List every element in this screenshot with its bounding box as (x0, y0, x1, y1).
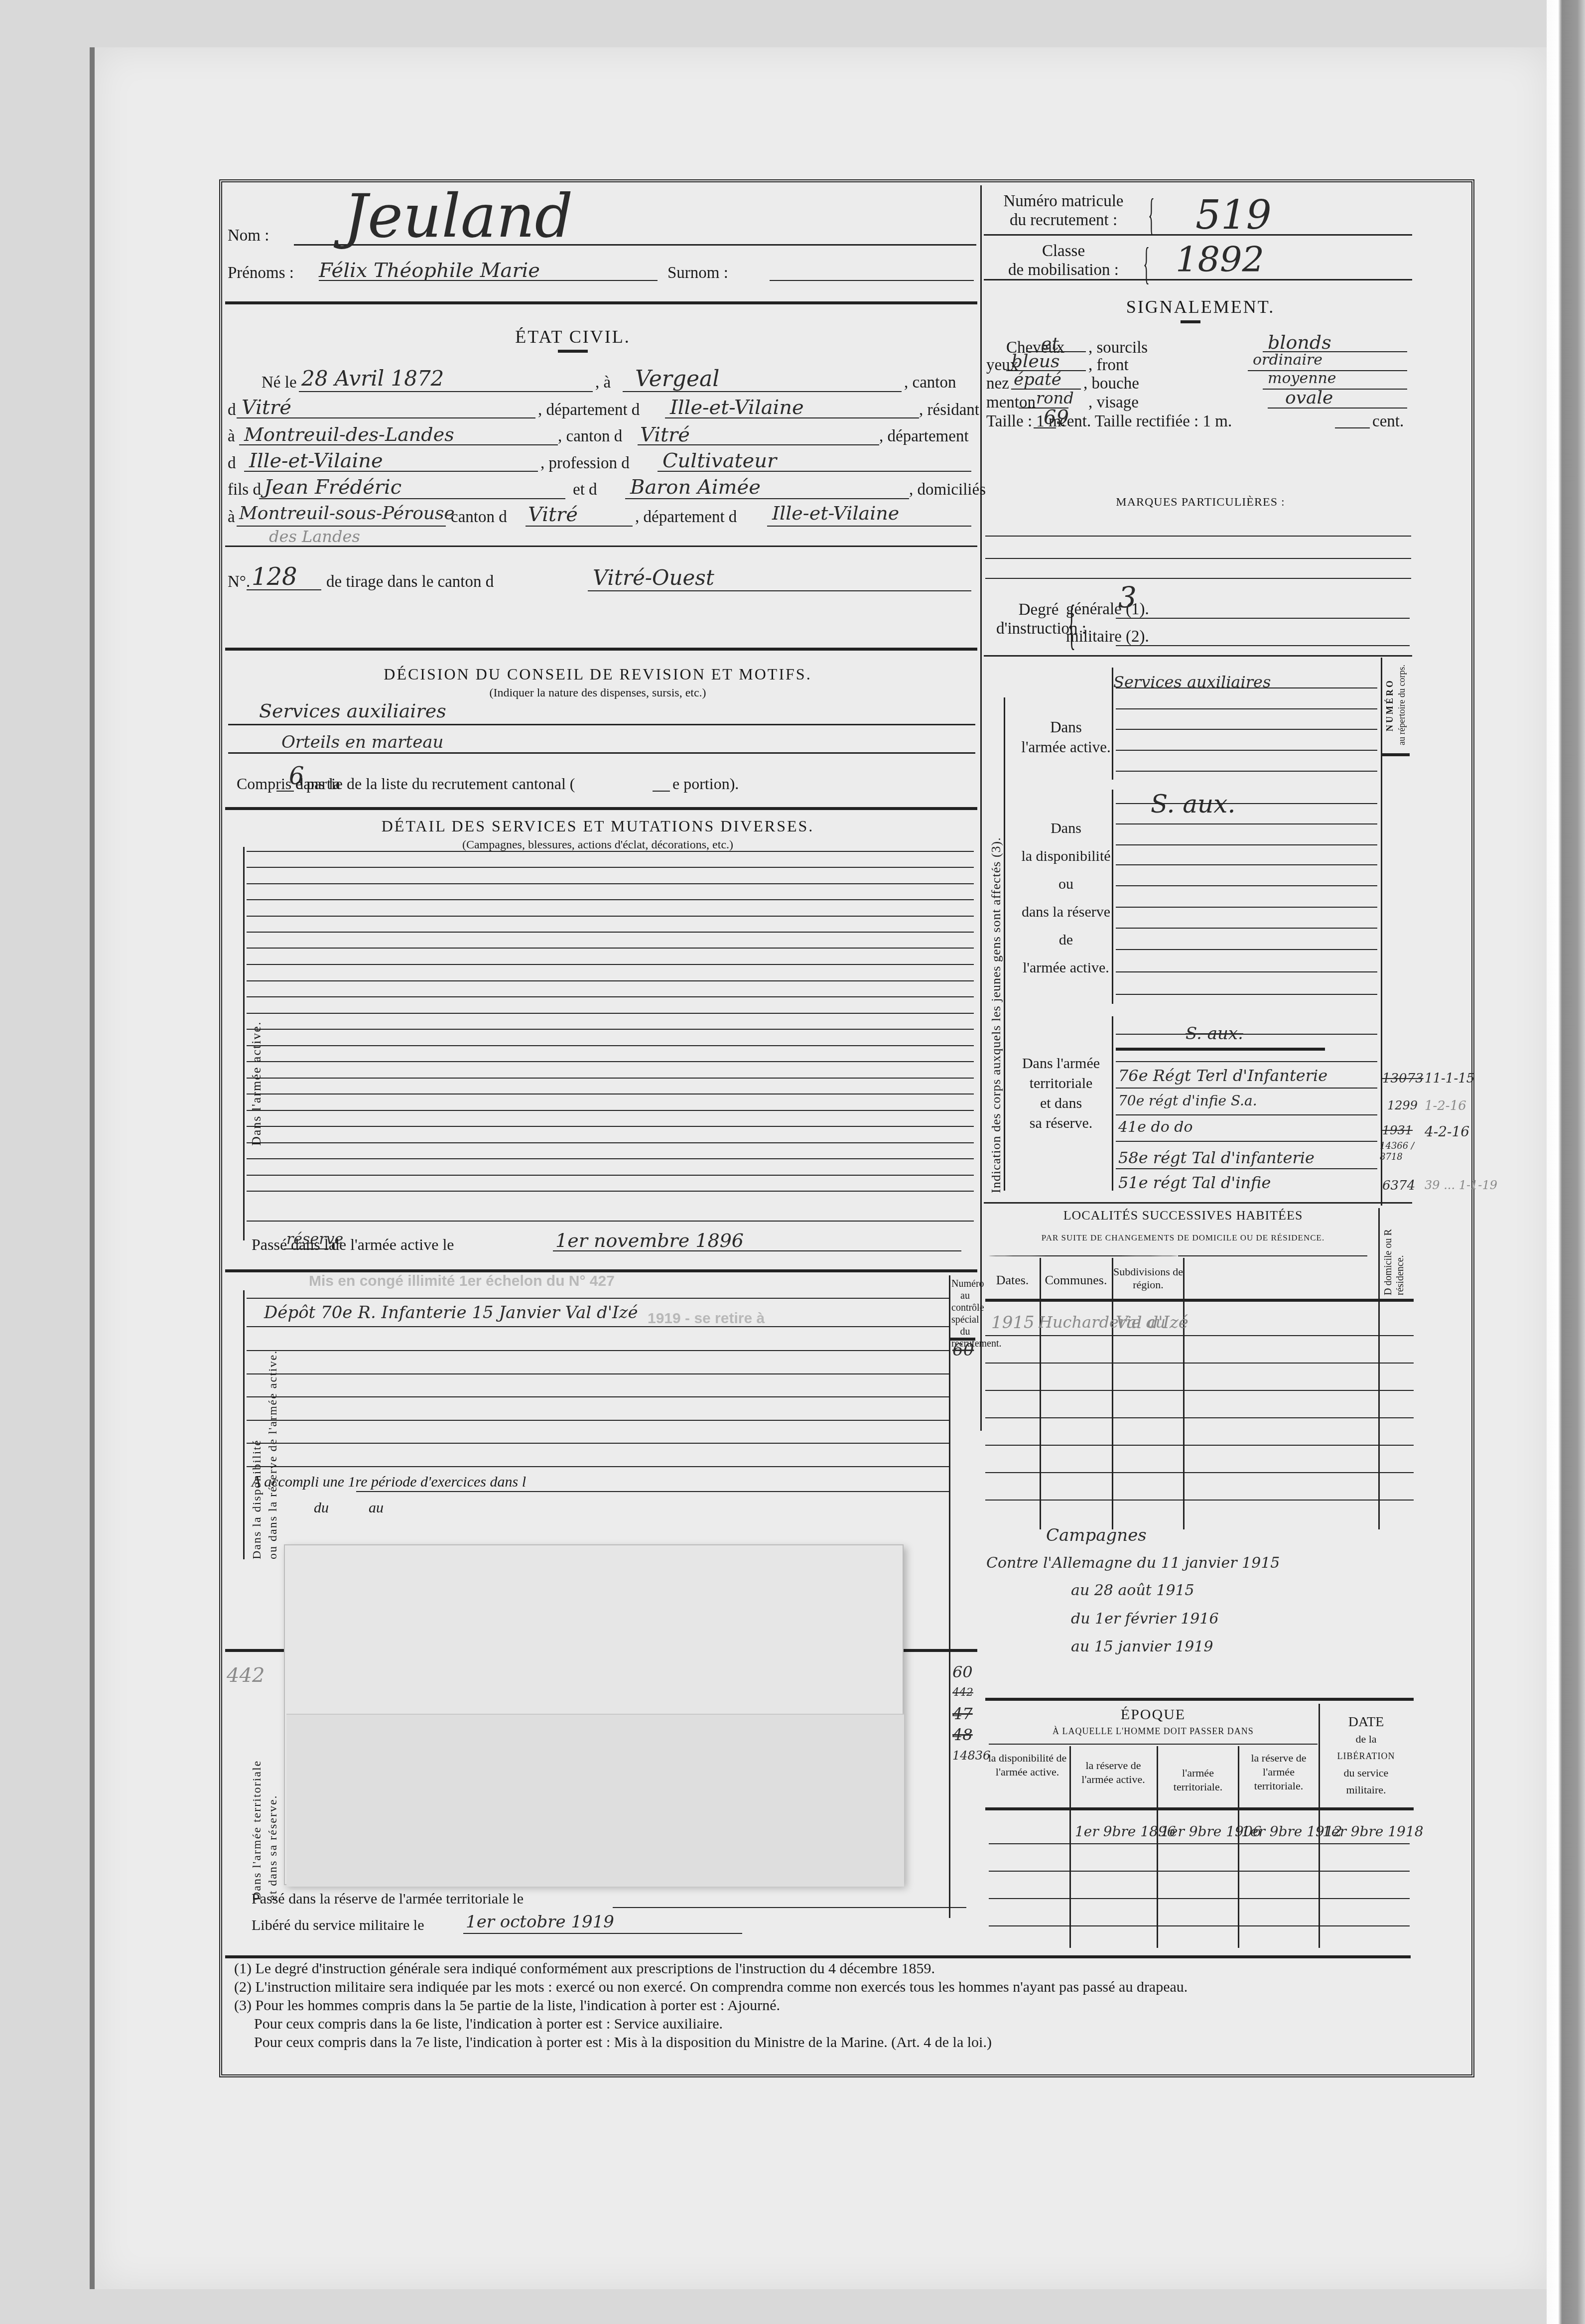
label-line: la disponibilité (1011, 842, 1121, 870)
footnote-3-7e-liste: Pour ceux compris dans la 7e liste, l'in… (254, 2034, 992, 2051)
row-line (985, 1390, 1414, 1391)
sourcils-label: , sourcils (1088, 339, 1148, 357)
footnote-3-6e-liste: Pour ceux compris dans la 6e liste, l'in… (254, 2016, 723, 2033)
underline (658, 471, 971, 472)
campagne-line: Contre l'Allemagne du 11 janvier 1915 (986, 1554, 1280, 1572)
corps-line (1116, 844, 1377, 845)
corps-entry-numero: 14366 / 8718 (1380, 1141, 1415, 1163)
mere-value: Baron Aimée (630, 476, 761, 499)
matricule-divider (984, 234, 1412, 236)
footnote-divider (225, 1955, 1411, 1958)
canton-naissance-value: Vitré (242, 396, 291, 419)
underline (463, 1933, 742, 1934)
numero-entry: 60 (952, 1661, 982, 1682)
row-line (985, 1445, 1414, 1446)
side-label-line2: et dans sa réserve. (265, 1760, 281, 1901)
corps-line (1116, 1088, 1377, 1089)
nom-label: Nom : (228, 227, 269, 245)
classe-label: Classe de mobilisation : (989, 242, 1138, 279)
detail-line (247, 932, 974, 933)
numero-entry: 47 (952, 1703, 982, 1724)
dispo-line (247, 1443, 949, 1444)
epoque-subtitle: À LAQUELLE L'HOMME DOIT PASSER DANS (989, 1726, 1318, 1737)
detail-services-title: DÉTAIL DES SERVICES ET MUTATIONS DIVERSE… (279, 817, 917, 835)
departement-parents-value: Ille-et-Vilaine (772, 502, 899, 524)
brace-icon: { (1148, 189, 1155, 241)
numeros-territoriale: 60 442 47 48 14836 (952, 1661, 982, 1766)
brace-ornament (989, 1744, 1318, 1745)
detail-line (247, 1061, 974, 1062)
title-rule (558, 350, 588, 353)
surnom-underline (770, 280, 974, 281)
row-line (985, 1500, 1414, 1501)
passe-reserve-date: 1er novembre 1896 (555, 1230, 744, 1251)
corps-entry-numero: 6374 (1382, 1178, 1415, 1193)
fils-de-label: fils d (228, 481, 261, 499)
corps-line (1116, 971, 1377, 972)
profession-label: , profession d (540, 454, 630, 473)
column-line (1378, 1208, 1380, 1529)
decision-line (228, 752, 975, 754)
etat-civil-divider (225, 546, 977, 547)
bracket-line (243, 847, 245, 1240)
section-divider (225, 648, 977, 651)
underline (1034, 427, 1056, 428)
canton-label: , canton d (558, 427, 622, 446)
du-label: du (314, 1500, 329, 1516)
yeux-value: bleus (1011, 351, 1060, 372)
section-divider (984, 1202, 1412, 1204)
column-divider (980, 185, 982, 1431)
corps-line (1116, 771, 1377, 772)
detail-line (247, 1078, 974, 1079)
underline (284, 1248, 329, 1249)
instruction-militaire-label: militaire (2). (1066, 628, 1149, 646)
detail-line (247, 1013, 974, 1014)
decision-title: DÉCISION DU CONSEIL DE REVISION ET MOTIF… (279, 665, 917, 684)
nez-value: épaté (1014, 370, 1061, 390)
campagne-line: du 1er février 1916 (1071, 1610, 1219, 1628)
side-label-line1: Dans l'armée territoriale (249, 1760, 265, 1901)
underline (623, 391, 902, 392)
etat-civil-title: ÉTAT CIVIL. (448, 326, 697, 347)
detail-line (247, 980, 974, 981)
canton-residence-value: Vitré (640, 423, 690, 446)
se-retire-stamp: 1919 - se retire à (648, 1310, 765, 1327)
detail-line (247, 964, 974, 965)
marques-line (985, 558, 1411, 559)
section-divider (984, 655, 1412, 657)
numero-entry: 14836 (952, 1745, 982, 1766)
side-label-line2: ou dans la réserve de l'armée active. (265, 1350, 281, 1559)
corps-line (1116, 729, 1377, 730)
corps-line (1116, 803, 1377, 804)
numero-entry: 48 (952, 1724, 982, 1745)
decision-line2-value: Orteils en marteau (281, 732, 443, 752)
brace-ornament (989, 1255, 1178, 1256)
classe-label-line1: Classe (989, 242, 1138, 261)
epoque-col-header: l'armée territoriale. (1158, 1766, 1238, 1794)
decision-line (228, 724, 975, 725)
a-label: à (228, 508, 235, 527)
underline (1116, 618, 1410, 619)
menton-label: menton (986, 394, 1036, 412)
detail-services-subtitle: (Campagnes, blessures, actions d'éclat, … (349, 838, 847, 852)
underline (665, 417, 919, 418)
corps-entry-date: 1-2-16 (1425, 1098, 1466, 1113)
label-line: l'armée active. (1011, 954, 1121, 982)
canton-label: , canton (904, 374, 956, 392)
bracket-line (1004, 697, 1005, 1191)
signalement-title: SIGNALEMENT. (1076, 296, 1325, 317)
underline (237, 526, 446, 527)
label-line: territoriale (1011, 1074, 1111, 1094)
header-rule (985, 1807, 1414, 1810)
row-line (989, 1843, 1410, 1844)
header-line: militaire. (1320, 1781, 1412, 1798)
underline (625, 498, 909, 499)
underline (767, 526, 971, 527)
et-de-label: et d (573, 481, 597, 499)
label-line: ou (1011, 870, 1121, 898)
dispo-line (247, 1396, 949, 1397)
detail-line (247, 867, 974, 868)
disponibilite-side-label: Dans la disponibilité ou dans la réserve… (249, 1350, 281, 1559)
departement-label: , département d (538, 401, 640, 419)
classe-divider (984, 279, 1412, 280)
underline (526, 526, 633, 527)
epoque-col-header: la disponibilité de l'armée active. (986, 1751, 1068, 1779)
detail-line (247, 996, 974, 997)
detail-line (247, 1191, 974, 1192)
detail-line (247, 948, 974, 949)
numero-controle-column (949, 1275, 950, 1918)
underline (356, 1491, 949, 1492)
corps-line (1116, 750, 1377, 751)
underline (239, 444, 558, 445)
corps-entry-date: 4-2-16 (1425, 1123, 1469, 1140)
detail-line (247, 1142, 974, 1143)
numero-repertoire-header: NUMÉRO au répertoire du corps. (1384, 658, 1408, 752)
nez-label: nez (986, 375, 1009, 393)
libere-date-value: 1er octobre 1919 (466, 1912, 614, 1932)
corps-side-label: Indication des corps auxquels les jeunes… (989, 837, 1004, 1193)
lieu-naissance-value: Vergeal (635, 366, 719, 392)
header-line: DATE (1320, 1714, 1412, 1731)
detail-line (247, 1126, 974, 1127)
depot-infanterie-note: Dépôt 70e R. Infanterie 15 Janvier Val d… (264, 1303, 638, 1323)
epoque-col-header: la réserve de l'armée territoriale. (1239, 1751, 1318, 1793)
dispo-line (247, 1298, 949, 1299)
label-line: l'armée active. (1011, 737, 1121, 757)
row-line (985, 1417, 1414, 1418)
corps-line (1116, 1141, 1377, 1142)
date-naissance-value: 28 Avril 1872 (301, 366, 444, 391)
instruction-generale-value: 3 (1118, 580, 1137, 614)
bouche-value: moyenne (1268, 370, 1336, 387)
row-line (985, 1335, 1414, 1336)
libere-label: Libéré du service militaire le (252, 1917, 424, 1934)
detail-line (247, 1158, 974, 1159)
armee-active-side-label: Dans l'armée active. (249, 1021, 264, 1146)
col-header-domicile-residence: D domicile ou R résidence. (1382, 1221, 1406, 1295)
domicile-parents-value: Montreuil-sous-Pérouse (239, 503, 455, 524)
dispo-line (247, 1350, 949, 1351)
section-divider (225, 807, 977, 810)
col-header-dates: Dates. (986, 1273, 1039, 1288)
dispo-line (247, 1420, 949, 1421)
underline (638, 444, 879, 445)
detail-line (247, 899, 974, 900)
no-tirage-label: N°. (228, 573, 250, 591)
underline (1263, 389, 1407, 390)
underline (1335, 427, 1370, 428)
periode-exercices-label: A accompli une 1re période d'exercices d… (252, 1474, 526, 1491)
corps-active-label: Dans l'armée active. (1011, 717, 1121, 757)
matricule-label: Numéro matricule du recrutement : (989, 192, 1138, 230)
classe-value: 1892 (1176, 239, 1264, 280)
corps-line (1116, 928, 1377, 929)
brace-line (1112, 790, 1113, 1004)
brace-line (1112, 1016, 1113, 1191)
underline (653, 791, 670, 792)
corps-territoriale-label: Dans l'armée territoriale et dans sa rés… (1011, 1054, 1111, 1133)
departement-label: , département (879, 427, 969, 446)
d-label: d (228, 401, 236, 419)
menton-value: rond (1036, 389, 1074, 408)
departement-residence-value: Ille-et-Vilaine (249, 449, 383, 472)
detail-line (247, 883, 974, 884)
residant-label: , résidant (919, 401, 979, 419)
corps-line (1116, 823, 1377, 824)
corps-line (1116, 1114, 1377, 1115)
corps-entry: 41e do do (1118, 1118, 1193, 1136)
corps-entry: 76e Régt Terl d'Infanterie (1118, 1066, 1327, 1085)
liberation-date-value: 1er 9bre 1918 (1322, 1823, 1424, 1840)
detail-line (247, 851, 974, 852)
localite-date: 1915 (991, 1313, 1035, 1333)
label-line: sa réserve. (1011, 1113, 1111, 1133)
profession-value: Cultivateur (662, 449, 777, 472)
domicilies-label: , domiciliés (909, 481, 986, 499)
underline (1268, 408, 1407, 409)
corps-entry: 58e régt Tal d'infanterie (1118, 1148, 1315, 1167)
detail-line (247, 1094, 974, 1094)
underline (613, 1907, 966, 1908)
corps-entry-struck: S. aux. (1186, 1024, 1243, 1044)
marques-line (985, 536, 1411, 537)
strike-rule (1116, 1048, 1325, 1051)
numero-controle-value: 60 (952, 1340, 974, 1360)
dispo-line (247, 1326, 949, 1327)
compris-suffix: e partie de la liste du recrutement cant… (295, 775, 575, 793)
side-label-line1: Dans la disponibilité (249, 1350, 265, 1559)
col-header-communes: Communes. (1041, 1273, 1111, 1288)
corps-line (1116, 907, 1377, 908)
departement-label: , département d (635, 508, 737, 527)
row-line (989, 1871, 1410, 1872)
campagne-line: au 15 janvier 1919 (1071, 1638, 1213, 1655)
corps-line (1116, 687, 1377, 688)
conge-illimite-stamp: Mis en congé illimité 1er échelon du N° … (309, 1273, 615, 1290)
row-line (989, 1925, 1410, 1926)
matricule-value: 519 (1195, 192, 1272, 238)
matricule-label-line2: du recrutement : (989, 211, 1138, 230)
underline (259, 498, 565, 499)
corps-entry-numero: 13073 (1382, 1071, 1424, 1086)
underline (244, 471, 538, 472)
footnote-3: (3) Pour les hommes compris dans la 5e p… (234, 1997, 780, 2014)
corps-line (1116, 949, 1377, 950)
portion-suffix: e portion). (672, 775, 739, 793)
a-label: , à (595, 374, 611, 392)
detail-line (247, 1221, 974, 1222)
marques-particulieres-title: MARQUES PARTICULIÈRES : (1051, 496, 1350, 509)
domicile-correction-note: des Landes (269, 527, 360, 546)
decision-subtitle: (Indiquer la nature des dispenses, sursi… (398, 686, 797, 700)
no-tirage-value: 128 (252, 563, 297, 591)
book-spine (1547, 0, 1585, 2324)
bracket-line (243, 1290, 245, 1559)
passe-reserve-territoriale-label: Passé dans la réserve de l'armée territo… (252, 1891, 524, 1908)
corps-line (1116, 1034, 1377, 1035)
sourcils-value: blonds (1268, 331, 1331, 353)
brace-icon: { (1143, 238, 1150, 289)
numero-header-line1: NUMÉRO (1384, 658, 1396, 752)
d-label: d (228, 454, 236, 473)
pasted-paper-flap-fold (286, 1714, 904, 1887)
row-line (985, 1363, 1414, 1364)
localite-subdivision: Val d'Izé (1116, 1313, 1189, 1333)
corps-line (1116, 864, 1377, 865)
residence-value: Montreuil-des-Landes (244, 423, 454, 445)
taille-rectifiee-label: cent. Taille rectifiée : 1 m. (1059, 412, 1232, 431)
underline (299, 391, 593, 392)
col-header-subdivisions: Subdivisions de région. (1113, 1265, 1183, 1291)
corps-entry-date: 11-1-15 (1425, 1071, 1474, 1086)
marques-line (985, 578, 1411, 579)
numero-header-line2: au répertoire du corps. (1396, 658, 1408, 752)
canton-label: canton d (451, 508, 507, 527)
front-label: , front (1088, 356, 1129, 375)
corps-disponibilite-label: Dans la disponibilité ou dans la réserve… (1011, 815, 1121, 982)
label-line: Dans l'armée (1011, 1054, 1111, 1074)
corps-entry: 51e régt Tal d'infie (1118, 1173, 1271, 1192)
underline (553, 1250, 961, 1251)
label-line: Dans (1011, 717, 1121, 737)
prenoms-label: Prénoms : (228, 264, 294, 282)
detail-line (247, 1175, 974, 1176)
section-divider (985, 1698, 1414, 1701)
classe-label-line2: de mobilisation : (989, 261, 1138, 279)
detail-line (247, 1029, 974, 1030)
section-divider (225, 1269, 977, 1272)
row-line (989, 1898, 1410, 1899)
ne-le-label: Né le (262, 374, 297, 392)
territoriale-side-label: Dans l'armée territoriale et dans sa rés… (249, 1760, 281, 1901)
liberation-header: DATE de la LIBÉRATION du service militai… (1320, 1714, 1412, 1798)
dispo-line (247, 1466, 949, 1467)
a-label: à (228, 427, 235, 446)
campagne-line: au 28 août 1915 (1071, 1582, 1194, 1599)
identity-divider (225, 301, 977, 304)
corps-line (1116, 1168, 1377, 1169)
header-line: du service (1320, 1765, 1412, 1781)
localites-subtitle: PAR SUITE DE CHANGEMENTS DE DOMICILE OU … (989, 1233, 1377, 1243)
row-line (985, 1472, 1414, 1473)
corps-line (1116, 708, 1377, 709)
corps-disponibilite-value: S. aux. (1151, 790, 1235, 819)
label-line: de (1011, 926, 1121, 954)
margin-note: 442 (227, 1664, 264, 1687)
corps-entry: 70e régt d'infie S.a. (1118, 1093, 1257, 1109)
corps-line (1116, 994, 1377, 995)
prenoms-value: Félix Théophile Marie (319, 259, 540, 282)
footnote-2: (2) L'instruction militaire sera indiqué… (234, 1979, 1188, 1996)
underline (588, 590, 971, 591)
corps-line (1116, 1061, 1377, 1062)
epoque-col-header: la réserve de l'armée active. (1071, 1759, 1156, 1786)
corps-line (1116, 885, 1377, 886)
decision-line1-value: Services auxiliaires (259, 700, 446, 722)
corps-entry-numero: 1931 (1382, 1123, 1413, 1137)
tirage-canton-value: Vitré-Ouest (593, 565, 714, 590)
detail-line (247, 1045, 974, 1046)
front-value: ordinaire (1253, 351, 1322, 369)
corps-entry-date: 39 ... 1-1-19 (1425, 1178, 1497, 1192)
label-line: et dans (1011, 1094, 1111, 1113)
corps-active-value: Services auxiliaires (1113, 673, 1271, 691)
detail-line (247, 1110, 974, 1111)
footnote-1: (1) Le degré d'instruction générale sera… (234, 1960, 935, 1977)
brace-ornament (1178, 1255, 1367, 1256)
header-line: LIBÉRATION (1320, 1748, 1412, 1765)
dispo-line (247, 1373, 949, 1374)
visage-label: , visage (1088, 394, 1139, 412)
armee-active-le-label: de l'armée active le (331, 1235, 454, 1254)
campagnes-title: Campagnes (1046, 1525, 1147, 1545)
underline (1116, 645, 1410, 646)
underline (276, 791, 294, 792)
localites-title: LOCALITÉS SUCCESSIVES HABITÉES (989, 1208, 1377, 1223)
epoque-title: ÉPOQUE (989, 1706, 1318, 1723)
header-line: de la (1320, 1731, 1412, 1748)
detail-line (247, 916, 974, 917)
tirage-label: de tirage dans le canton d (326, 573, 494, 591)
cent-label: cent. (1372, 412, 1404, 431)
title-rule (1181, 320, 1200, 323)
matricule-label-line1: Numéro matricule (989, 192, 1138, 211)
label-line: Dans (1011, 815, 1121, 842)
departement-naissance-value: Ille-et-Vilaine (670, 396, 804, 419)
underline (247, 589, 321, 590)
canton-parents-value: Vitré (528, 503, 578, 526)
header-rule (985, 1299, 1414, 1302)
surnom-label: Surnom : (667, 264, 728, 282)
header-rule (1382, 753, 1410, 756)
bouche-label: , bouche (1083, 375, 1139, 393)
au-label: au (369, 1500, 384, 1516)
corps-entry-numero: 1299 (1387, 1098, 1418, 1112)
pere-value: Jean Frédéric (264, 476, 401, 499)
label-line: dans la réserve (1011, 898, 1121, 926)
nom-value: Jeuland (344, 182, 573, 251)
underline (237, 417, 535, 418)
visage-value: ovale (1285, 388, 1333, 408)
numero-entry: 442 (952, 1682, 982, 1703)
